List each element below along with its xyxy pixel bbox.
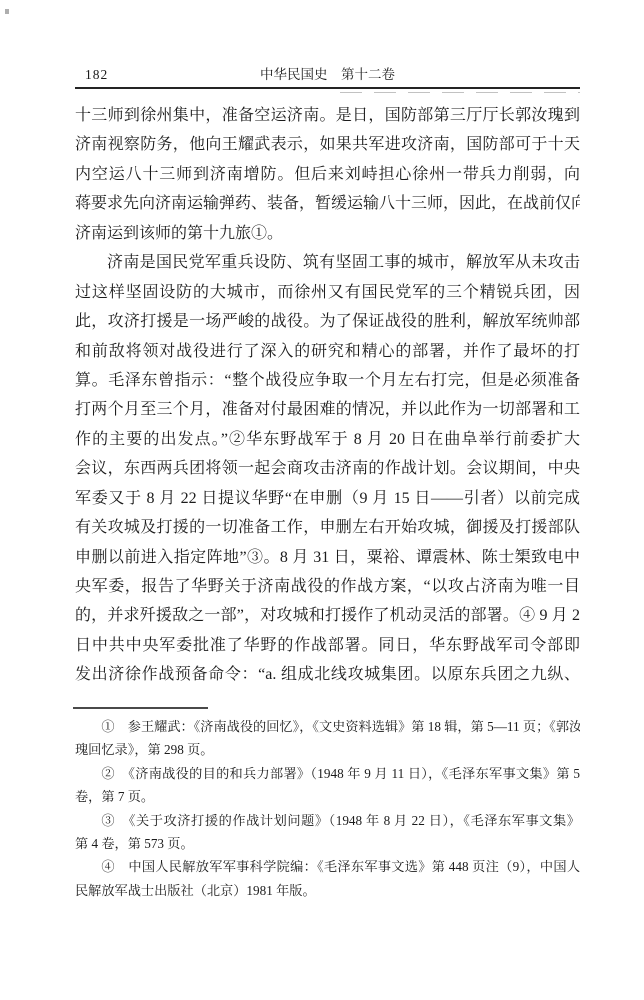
header-rule: [75, 87, 580, 89]
footnotes: ① 参王耀武：《济南战役的回忆》，《文史资料选辑》第 18 辑，第 5—11 页…: [75, 715, 580, 902]
scan-speck-artifact: [5, 9, 9, 14]
body-line: 济南运到该师的第十九旅①。: [75, 219, 580, 248]
body-line: 有关攻城及打援的一切准备工作，申删左右开始攻城，御援及打援部队: [75, 513, 580, 542]
body-line: 此，攻济打援是一场严峻的战役。为了保证战役的胜利，解放军统帅部: [75, 307, 580, 336]
footnote-line: 卷，第 7 页。: [75, 785, 580, 808]
body-line: 过这样坚固设防的大城市，而徐州又有国民党军的三个精锐兵团，因: [75, 278, 580, 307]
footnote-separator: [73, 707, 208, 709]
footnote-1: ① 参王耀武：《济南战役的回忆》，《文史资料选辑》第 18 辑，第 5—11 页…: [75, 715, 580, 762]
body-line: 军委又于 8 月 22 日提议华野“在申删（9 月 15 日——引者）以前完成: [75, 484, 580, 513]
paragraph-1: 十三师到徐州集中，准备空运济南。是日，国防部第三厅厅长郭汝瑰到 济南视察防务，他…: [75, 101, 580, 248]
body-line: 济南视察防务，他向王耀武表示，如果共军进攻济南，国防部可于十天: [75, 130, 580, 159]
footnote-line: 瑰回忆录》，第 298 页。: [75, 738, 580, 761]
footnote-line: 民解放军战士出版社（北京）1981 年版。: [75, 879, 580, 902]
body-line: 会议，东西两兵团将领一起会商攻击济南的作战计划。会议期间，中央: [75, 454, 580, 483]
footnote-3: ③ 《关于攻济打援的作战计划问题》（1948 年 8 月 22 日），《毛泽东军…: [75, 809, 580, 856]
footnote-line: ① 参王耀武：《济南战役的回忆》，《文史资料选辑》第 18 辑，第 5—11 页…: [75, 715, 580, 738]
body-line: 十三师到徐州集中，准备空运济南。是日，国防部第三厅厅长郭汝瑰到: [75, 101, 580, 130]
body-line: 申删以前进入指定阵地”③。8 月 31 日，粟裕、谭震林、陈士榘致电中: [75, 543, 580, 572]
footnote-4: ④ 中国人民解放军军事科学院编：《毛泽东军事文选》第 448 页注（9），中国人…: [75, 855, 580, 902]
book-page: 182 中华民国史 第十二卷 十三师到徐州集中，准备空运济南。是日，国防部第三厅…: [0, 0, 644, 1000]
body-line: 打两个月至三个月，准备对付最困难的情况，并以此作为一切部署和工: [75, 395, 580, 424]
running-title: 中华民国史 第十二卷: [75, 66, 580, 84]
body-text: 十三师到徐州集中，准备空运济南。是日，国防部第三厅厅长郭汝瑰到 济南视察防务，他…: [75, 101, 580, 690]
body-line: 日中共中央军委批准了华野的作战部署。同日，华东野战军司令部即: [75, 631, 580, 660]
body-line: 蒋要求先向济南运输弹药、装备，暂缓运输八十三师，因此，在战前仅向: [75, 189, 580, 218]
footnote-line: ② 《济南战役的目的和兵力部署》（1948 年 9 月 11 日），《毛泽东军事…: [75, 762, 580, 785]
paragraph-2: 济南是国民党军重兵设防、筑有坚固工事的城市，解放军从未攻击 过这样坚固设防的大城…: [75, 248, 580, 690]
body-line: 内空运八十三师到济南增防。但后来刘峙担心徐州一带兵力削弱，向: [75, 160, 580, 189]
running-header: 182 中华民国史 第十二卷: [75, 66, 580, 84]
header-rule-scan-artifact: [340, 92, 580, 93]
footnote-line: 第 4 卷，第 573 页。: [75, 832, 580, 855]
footnote-line: ④ 中国人民解放军军事科学院编：《毛泽东军事文选》第 448 页注（9），中国人: [75, 855, 580, 878]
body-line: 济南是国民党军重兵设防、筑有坚固工事的城市，解放军从未攻击: [75, 248, 580, 277]
body-line: 算。毛泽东曾指示：“整个战役应争取一个月左右打完，但是必须准备: [75, 366, 580, 395]
body-line: 作的主要的出发点。”②华东野战军于 8 月 20 日在曲阜举行前委扩大: [75, 425, 580, 454]
body-line: 的，并求歼援敌之一部”，对攻城和打援作了机动灵活的部署。④ 9 月 2: [75, 601, 580, 630]
body-line: 和前敌将领对战役进行了深入的研究和精心的部署，并作了最坏的打: [75, 337, 580, 366]
footnote-line: ③ 《关于攻济打援的作战计划问题》（1948 年 8 月 22 日），《毛泽东军…: [75, 809, 580, 832]
body-line: 央军委，报告了华野关于济南战役的作战方案，“以攻占济南为唯一目: [75, 572, 580, 601]
body-line: 发出济徐作战预备命令：“a. 组成北线攻城集团。以原东兵团之九纵、: [75, 660, 580, 689]
footnote-2: ② 《济南战役的目的和兵力部署》（1948 年 9 月 11 日），《毛泽东军事…: [75, 762, 580, 809]
